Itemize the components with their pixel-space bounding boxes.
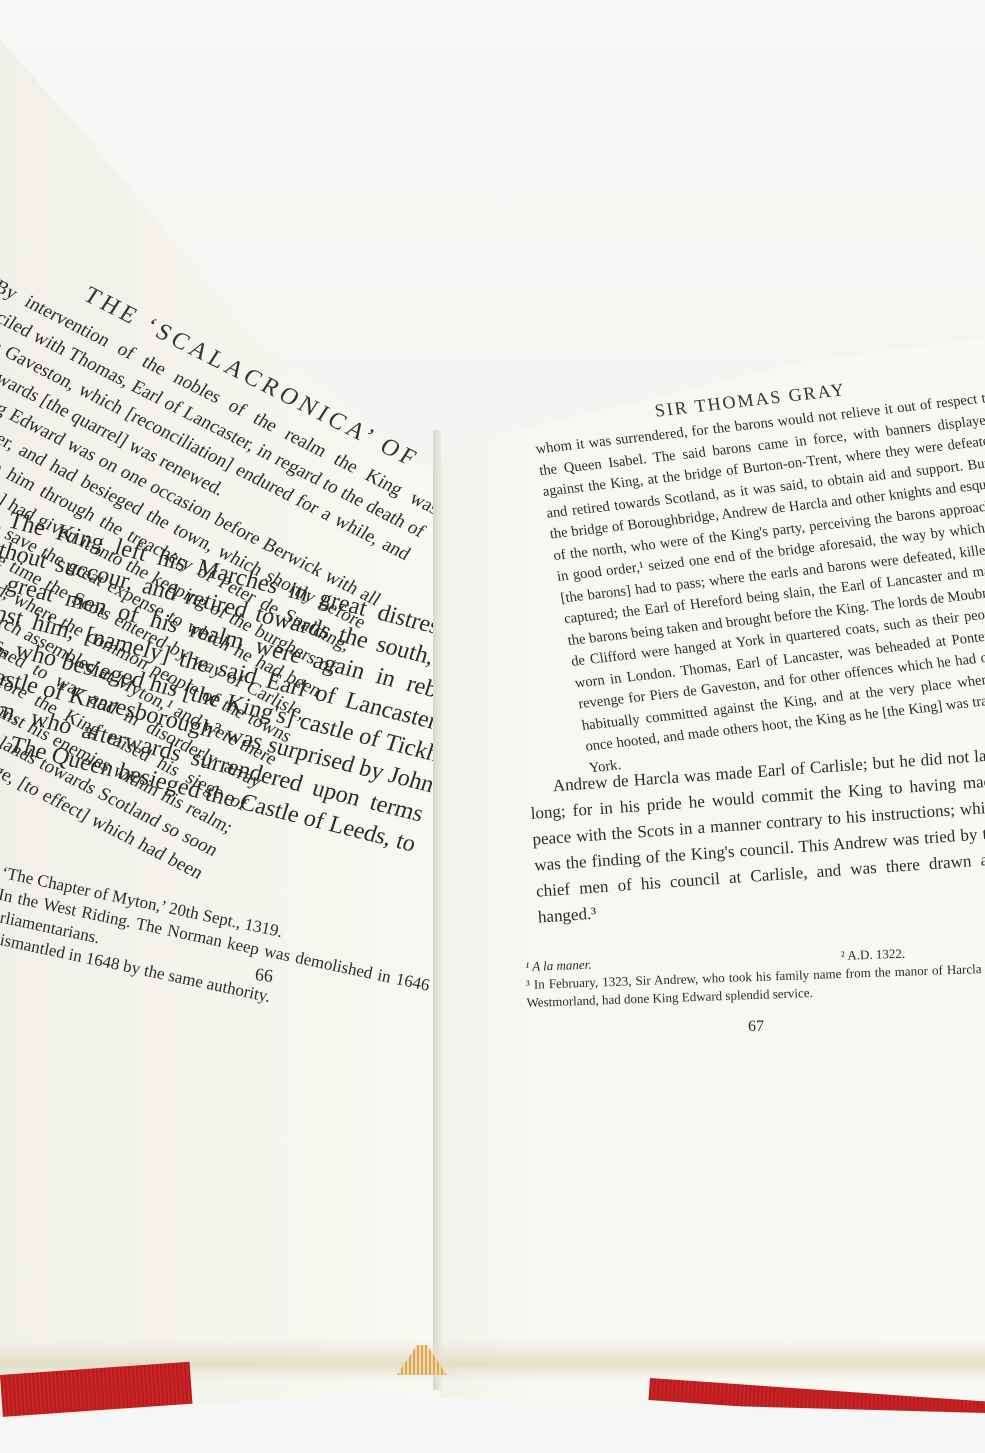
right-paragraph: whom it was surrendered, for the barons … <box>534 388 985 780</box>
right-page-lower-text: Andrew de Harcla was made Earl of Carlis… <box>528 742 985 930</box>
footnote: ² A.D. 1322. <box>841 945 906 965</box>
book-gutter <box>433 430 441 1390</box>
page-number-right: 67 <box>748 1018 764 1036</box>
right-page-upper-text: SIR THOMAS GRAY whom it was surrendered,… <box>530 363 985 780</box>
page-number-left: 66 <box>254 964 274 987</box>
footnote: ¹ A la maner. <box>525 956 592 976</box>
book-photo: THE ‘SCALACRONICA’ OF By intervention of… <box>0 0 985 1453</box>
right-paragraph: Andrew de Harcla was made Earl of Carlis… <box>528 742 985 930</box>
